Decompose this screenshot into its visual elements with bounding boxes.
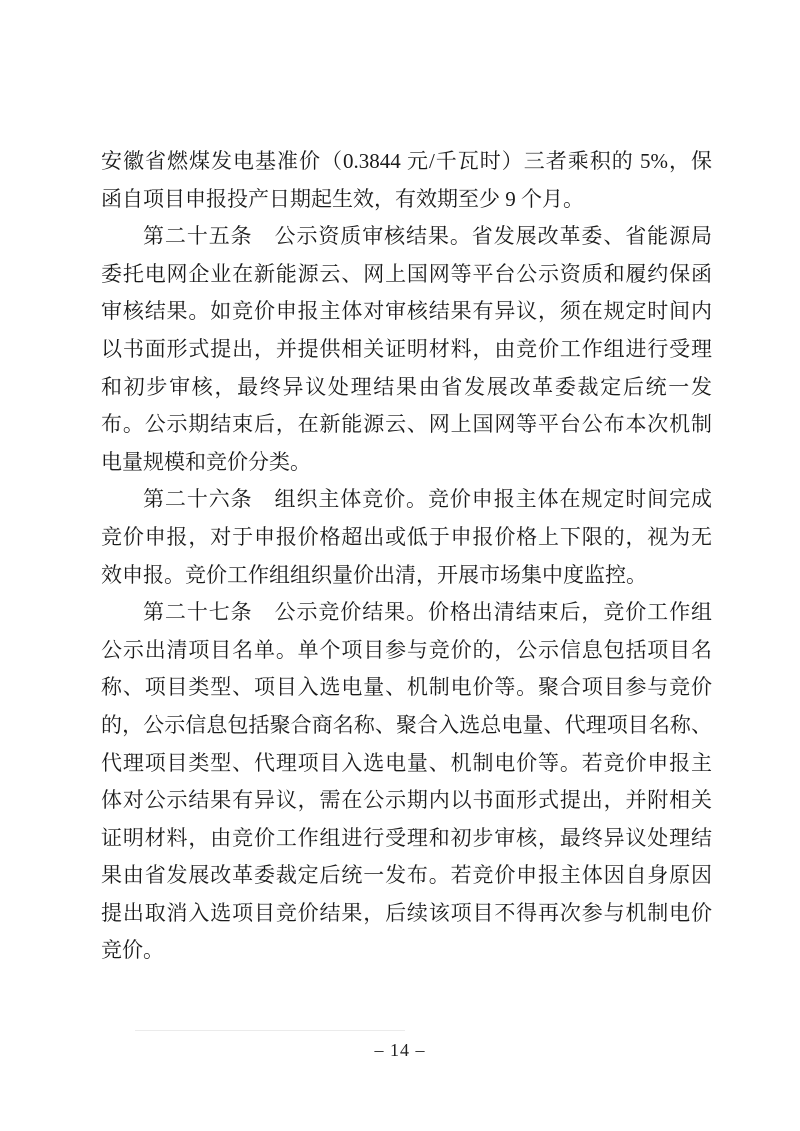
text-line: 第二十六条 组织主体竞价。竞价申报主体在规定时间完成 xyxy=(101,481,712,519)
text-line: 效申报。竞价工作组组织量价出清，开展市场集中度监控。 xyxy=(101,557,712,595)
text-line: 委托电网企业在新能源云、网上国网等平台公示资质和履约保函 xyxy=(101,256,712,294)
text-line: 称、项目类型、项目入选电量、机制电价等。聚合项目参与竞价 xyxy=(101,669,712,707)
text-line: 公示出清项目名单。单个项目参与竞价的，公示信息包括项目名 xyxy=(101,632,712,670)
text-line: 体对公示结果有异议，需在公示期内以书面形式提出，并附相关 xyxy=(101,782,712,820)
text-line: 代理项目类型、代理项目入选电量、机制电价等。若竞价申报主 xyxy=(101,745,712,783)
text-line: 提出取消入选项目竞价结果，后续该项目不得再次参与机制电价 xyxy=(101,895,712,933)
text-line: 的，公示信息包括聚合商名称、聚合入选总电量、代理项目名称、 xyxy=(101,707,712,745)
text-line: 竞价申报，对于申报价格超出或低于申报价格上下限的，视为无 xyxy=(101,519,712,557)
text-line: 电量规模和竞价分类。 xyxy=(101,444,712,482)
page-number: – 14 – xyxy=(0,1040,800,1060)
document-body: 安徽省燃煤发电基准价（0.3844 元/千瓦时）三者乘积的 5%，保函自项目申报… xyxy=(101,143,712,970)
text-line: 证明材料，由竞价工作组进行受理和初步审核，最终异议处理结 xyxy=(101,820,712,858)
text-line: 和初步审核，最终异议处理结果由省发展改革委裁定后统一发 xyxy=(101,369,712,407)
paragraph: 第二十六条 组织主体竞价。竞价申报主体在规定时间完成竞价申报，对于申报价格超出或… xyxy=(101,481,712,594)
text-line: 安徽省燃煤发电基准价（0.3844 元/千瓦时）三者乘积的 5%，保 xyxy=(101,143,712,181)
text-line: 审核结果。如竞价申报主体对审核结果有异议，须在规定时间内 xyxy=(101,293,712,331)
text-line: 第二十七条 公示竞价结果。价格出清结束后，竞价工作组 xyxy=(101,594,712,632)
scan-artifact-line xyxy=(135,1030,405,1031)
text-line: 布。公示期结束后，在新能源云、网上国网等平台公布本次机制 xyxy=(101,406,712,444)
paragraph: 第二十五条 公示资质审核结果。省发展改革委、省能源局委托电网企业在新能源云、网上… xyxy=(101,218,712,481)
text-line: 第二十五条 公示资质审核结果。省发展改革委、省能源局 xyxy=(101,218,712,256)
text-line: 果由省发展改革委裁定后统一发布。若竞价申报主体因自身原因 xyxy=(101,857,712,895)
text-line: 竞价。 xyxy=(101,932,712,970)
document-page: 安徽省燃煤发电基准价（0.3844 元/千瓦时）三者乘积的 5%，保函自项目申报… xyxy=(0,0,800,1131)
paragraph: 安徽省燃煤发电基准价（0.3844 元/千瓦时）三者乘积的 5%，保函自项目申报… xyxy=(101,143,712,218)
text-line: 函自项目申报投产日期起生效，有效期至少 9 个月。 xyxy=(101,181,712,219)
paragraph: 第二十七条 公示竞价结果。价格出清结束后，竞价工作组公示出清项目名单。单个项目参… xyxy=(101,594,712,970)
text-line: 以书面形式提出，并提供相关证明材料，由竞价工作组进行受理 xyxy=(101,331,712,369)
